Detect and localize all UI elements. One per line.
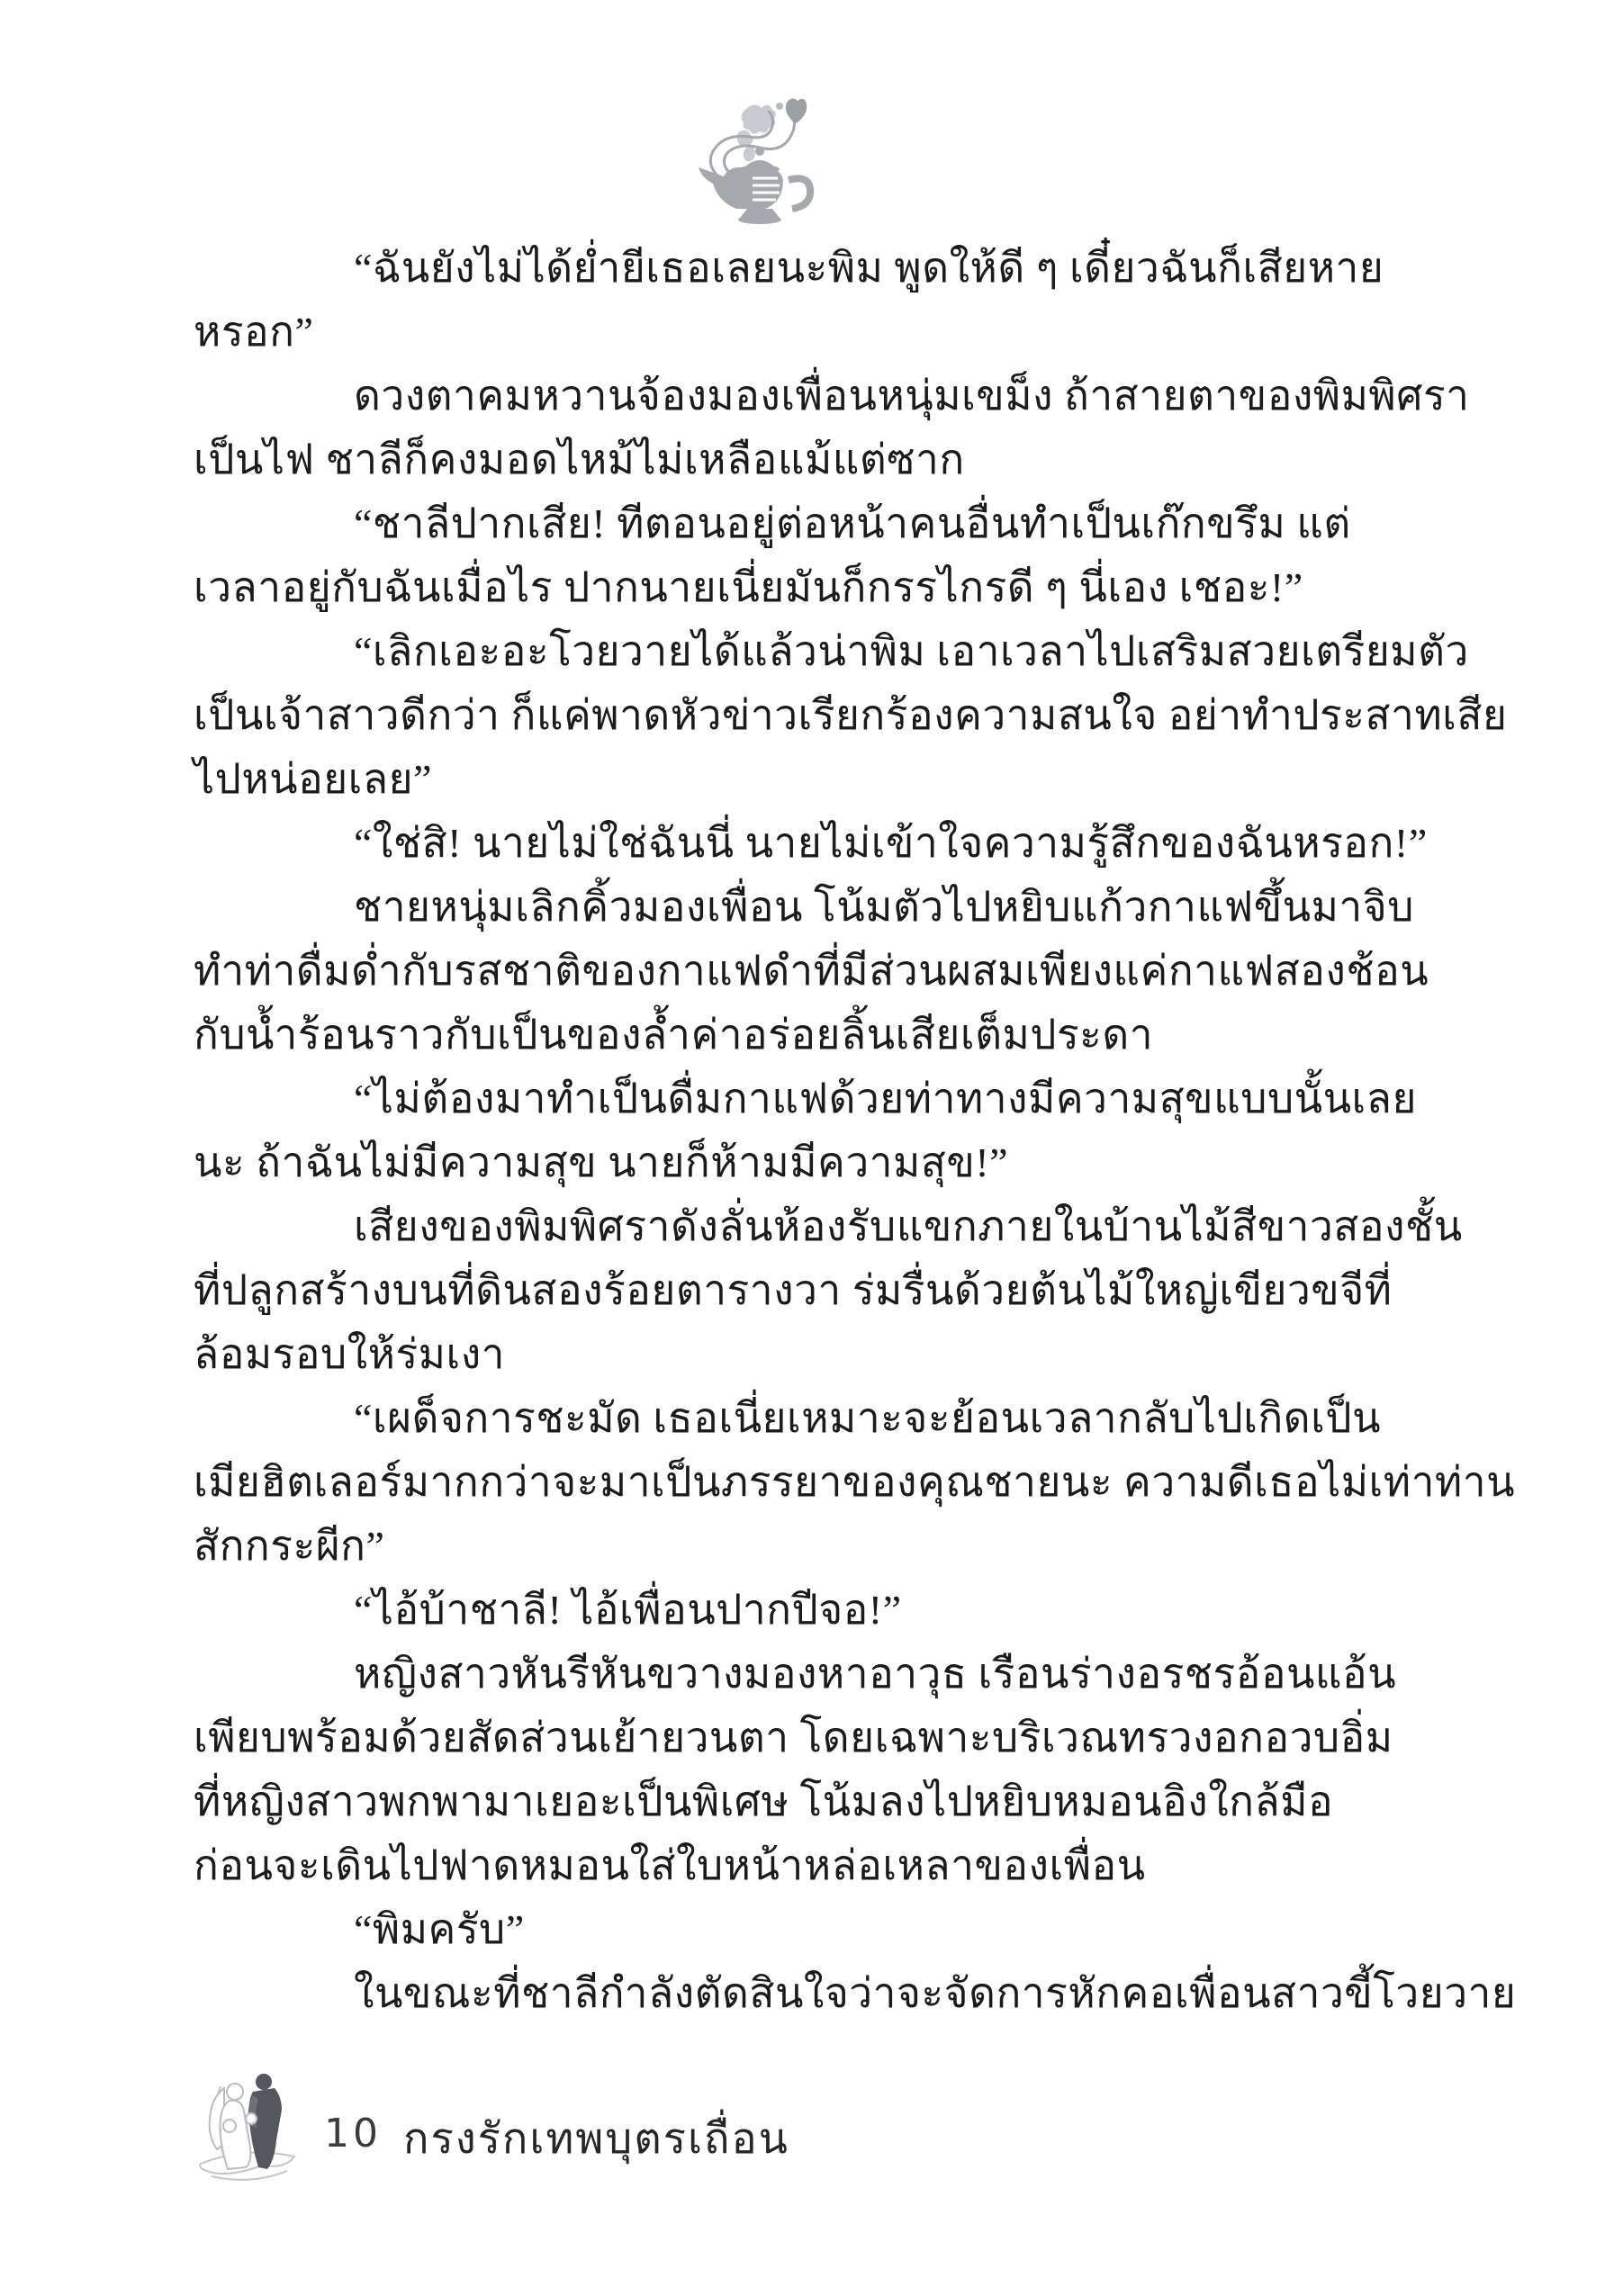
text-line: เป็นไฟ ชาลีก็คงมอดไหม้ไม่เหลือแม้แต่ซาก xyxy=(194,428,1490,491)
text-line: “ไอ้บ้าชาลี! ไอ้เพื่อนปากปีจอ!” xyxy=(194,1578,1490,1642)
text-line: “ชาลีปากเสีย! ทีตอนอยู่ต่อหน้าคนอื่นทำเป… xyxy=(194,491,1490,555)
text-line: “เผด็จการชะมัด เธอเนี่ยเหมาะจะย้อนเวลากล… xyxy=(194,1386,1490,1450)
book-page: “ฉันยังไม่ได้ย่ำยีเธอเลยนะพิม พูดให้ดี ๆ… xyxy=(0,0,1605,2296)
text-line: สักกระผีก” xyxy=(194,1514,1490,1578)
text-line: ก่อนจะเดินไปฟาดหมอนใส่ใบหน้าหล่อเหลาของเ… xyxy=(194,1833,1490,1897)
page-footer: 10 กรงรักเทพบุตรเถื่อน xyxy=(0,2061,1605,2241)
text-line: “ฉันยังไม่ได้ย่ำยีเธอเลยนะพิม พูดให้ดี ๆ… xyxy=(194,236,1490,300)
text-line: หรอก” xyxy=(194,300,1490,364)
text-line: “ไม่ต้องมาทำเป็นดื่มกาแฟด้วยท่าทางมีความ… xyxy=(194,1067,1490,1130)
text-line: ทำท่าดื่มด่ำกับรสชาติของกาแฟดำที่มีส่วนผ… xyxy=(194,939,1490,1003)
text-line: หญิงสาวหันรีหันขวางมองหาอาวุธ เรือนร่างอ… xyxy=(194,1642,1490,1706)
page-number: 10 xyxy=(324,2111,382,2156)
text-line: นะ ถ้าฉันไม่มีความสุข นายก็ห้ามมีความสุข… xyxy=(194,1130,1490,1194)
text-line: ที่หญิงสาวพกพามาเยอะเป็นพิเศษ โน้มลงไปหย… xyxy=(194,1769,1490,1833)
text-line: ในขณะที่ชาลีกำลังตัดสินใจว่าจะจัดการหักค… xyxy=(194,1961,1490,2025)
text-line: เมียฮิตเลอร์มากกว่าจะมาเป็นภรรยาของคุณชา… xyxy=(194,1450,1490,1514)
text-line: ไปหน่อยเลย” xyxy=(194,747,1490,811)
book-title: กรงรักเทพบุตรเถื่อน xyxy=(403,2104,789,2172)
text-line: ล้อมรอบให้ร่มเงา xyxy=(194,1322,1490,1386)
text-line: เป็นเจ้าสาวดีกว่า ก็แค่พาดหัวข่าวเรียกร้… xyxy=(194,683,1490,747)
text-line: ดวงตาคมหวานจ้องมองเพื่อนหนุ่มเขม็ง ถ้าสา… xyxy=(194,364,1490,428)
lamp-steam-ornament-icon xyxy=(693,90,828,234)
text-line: เพียบพร้อมด้วยสัดส่วนเย้ายวนตา โดยเฉพาะบ… xyxy=(194,1706,1490,1769)
body-text: “ฉันยังไม่ได้ย่ำยีเธอเลยนะพิม พูดให้ดี ๆ… xyxy=(194,236,1490,2025)
text-line: ชายหนุ่มเลิกคิ้วมองเพื่อน โน้มตัวไปหยิบแ… xyxy=(194,875,1490,939)
text-line: เสียงของพิมพิศราดังลั่นห้องรับแขกภายในบ้… xyxy=(194,1194,1490,1258)
text-line: “เลิกเอะอะโวยวายได้แล้วน่าพิม เอาเวลาไปเ… xyxy=(194,619,1490,683)
text-line: กับน้ำร้อนราวกับเป็นของล้ำค่าอร่อยลิ้นเส… xyxy=(194,1003,1490,1067)
wedding-couple-icon xyxy=(194,2068,306,2190)
text-line: เวลาอยู่กับฉันเมื่อไร ปากนายเนี่ยมันก็กร… xyxy=(194,555,1490,619)
text-line: “พิมครับ” xyxy=(194,1897,1490,1961)
text-line: “ใช่สิ! นายไม่ใช่ฉันนี่ นายไม่เข้าใจความ… xyxy=(194,811,1490,875)
text-line: ที่ปลูกสร้างบนที่ดินสองร้อยตารางวา ร่มรื… xyxy=(194,1258,1490,1322)
